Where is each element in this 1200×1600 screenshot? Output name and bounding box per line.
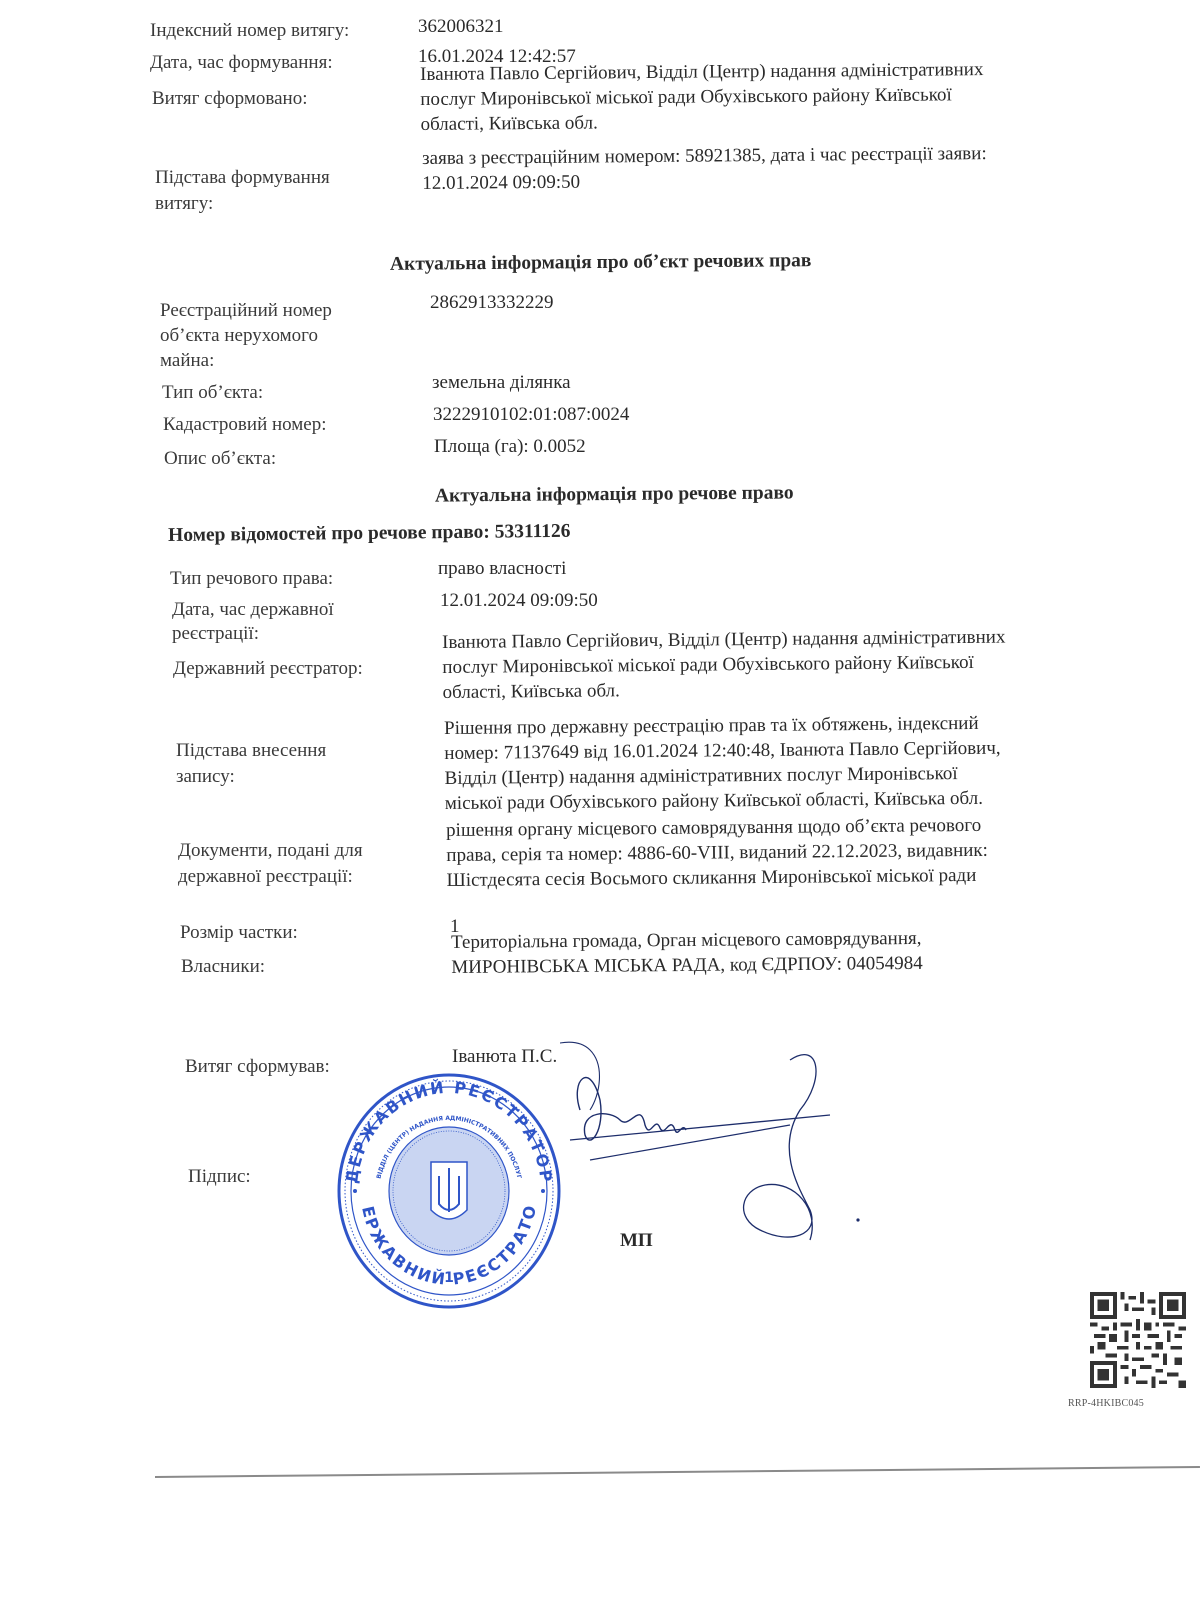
owners-line: МИРОНІВСЬКА МІСЬКА РАДА, код ЄДРПОУ: 040…	[451, 951, 923, 980]
entry-basis-line: міської ради Обухівського району Київськ…	[445, 786, 1001, 816]
basis-line: 12.01.2024 09:09:50	[422, 166, 987, 196]
documents-label: Документи, подані для державної реєстрац…	[178, 838, 363, 890]
qr-code-label: RRP-4HKIBC045	[1068, 1398, 1144, 1409]
registration-number-label: Реєстраційний номер об’єкта нерухомого м…	[160, 298, 332, 373]
handwritten-signature-icon	[560, 1040, 860, 1270]
registration-datetime-value: 12.01.2024 09:09:50	[440, 588, 598, 613]
formed-by-signature-label: Витяг сформував:	[185, 1054, 330, 1079]
share-size-label: Розмір частки:	[180, 920, 298, 945]
registration-datetime-label-line: реєстрації:	[172, 622, 334, 646]
documents-label-line: Документи, подані для	[178, 838, 363, 864]
registration-datetime-label: Дата, час державної реєстрації:	[172, 598, 334, 646]
basis-line: заява з реєстраційним номером: 58921385,…	[422, 141, 987, 171]
documents-label-line: державної реєстрації:	[178, 864, 363, 890]
entry-basis-value: Рішення про державну реєстрацію прав та …	[444, 711, 1001, 816]
page-bottom-divider	[155, 1466, 1200, 1478]
basis-label: Підстава формування витягу:	[155, 165, 330, 217]
registrar-label: Державний реєстратор:	[173, 656, 363, 681]
seal-mark-label: МП	[620, 1230, 653, 1252]
basis-label-line: витягу:	[155, 191, 330, 217]
documents-line: Шістдесята сесія Восьмого скликання Миро…	[446, 863, 988, 893]
index-number-value: 362006321	[418, 14, 504, 39]
registration-number-value: 2862913332229	[430, 290, 554, 315]
basis-value: заява з реєстраційним номером: 58921385,…	[422, 141, 987, 196]
formed-by-line: області, Київська обл.	[420, 107, 984, 137]
svg-text:1: 1	[444, 1270, 454, 1286]
registration-datetime-label-line: Дата, час державної	[172, 598, 334, 622]
object-type-label: Тип об’єкта:	[162, 380, 263, 405]
owners-value: Територіальна громада, Орган місцевого с…	[451, 926, 923, 980]
entry-basis-label: Підстава внесення запису:	[176, 738, 326, 790]
qr-code-icon	[1090, 1292, 1186, 1388]
documents-value: рішення органу місцевого самоврядування …	[446, 813, 988, 893]
extract-page: Індексний номер витягу: 362006321 Дата, …	[0, 0, 1200, 1600]
entry-basis-label-line: Підстава внесення	[176, 738, 326, 764]
official-stamp-icon: ДЕРЖАВНИЙ РЕЄСТРАТОР ДЕРЖАВНИЙ РЕЄСТРАТО…	[335, 1072, 563, 1310]
right-record-number: Номер відомостей про речове право: 53311…	[168, 521, 571, 547]
object-section-title: Актуальна інформація про об’єкт речових …	[390, 250, 812, 276]
cadastral-number-label: Кадастровий номер:	[163, 412, 327, 437]
right-section-title: Актуальна інформація про речове право	[435, 482, 794, 507]
owners-label: Власники:	[181, 954, 265, 979]
registration-number-label-line: Реєстраційний номер	[160, 298, 332, 323]
formed-by-value: Іванюта Павло Сергійович, Відділ (Центр)…	[420, 57, 984, 137]
object-description-label: Опис об’єкта:	[164, 446, 276, 471]
right-type-label: Тип речового права:	[170, 566, 333, 591]
entry-basis-label-line: запису:	[176, 764, 326, 790]
registration-number-label-line: майна:	[160, 348, 332, 373]
registrar-line: області, Київська обл.	[442, 675, 1006, 705]
right-type-value: право власності	[438, 556, 566, 581]
formed-datetime-label: Дата, час формування:	[150, 50, 333, 75]
formed-by-label: Витяг сформовано:	[152, 86, 308, 111]
registrar-value: Іванюта Павло Сергійович, Відділ (Центр)…	[442, 625, 1006, 705]
formed-by-signature-value: Іванюта П.С.	[452, 1044, 557, 1069]
formed-by-line: послуг Миронівської міської ради Обухівс…	[420, 82, 984, 112]
object-type-value: земельна ділянка	[432, 370, 571, 395]
registration-number-label-line: об’єкта нерухомого	[160, 323, 332, 348]
signature-label: Підпис:	[188, 1164, 251, 1189]
object-description-value: Площа (га): 0.0052	[434, 434, 586, 459]
basis-label-line: Підстава формування	[155, 165, 330, 191]
index-number-label: Індексний номер витягу:	[150, 18, 349, 43]
cadastral-number-value: 3222910102:01:087:0024	[433, 402, 629, 427]
